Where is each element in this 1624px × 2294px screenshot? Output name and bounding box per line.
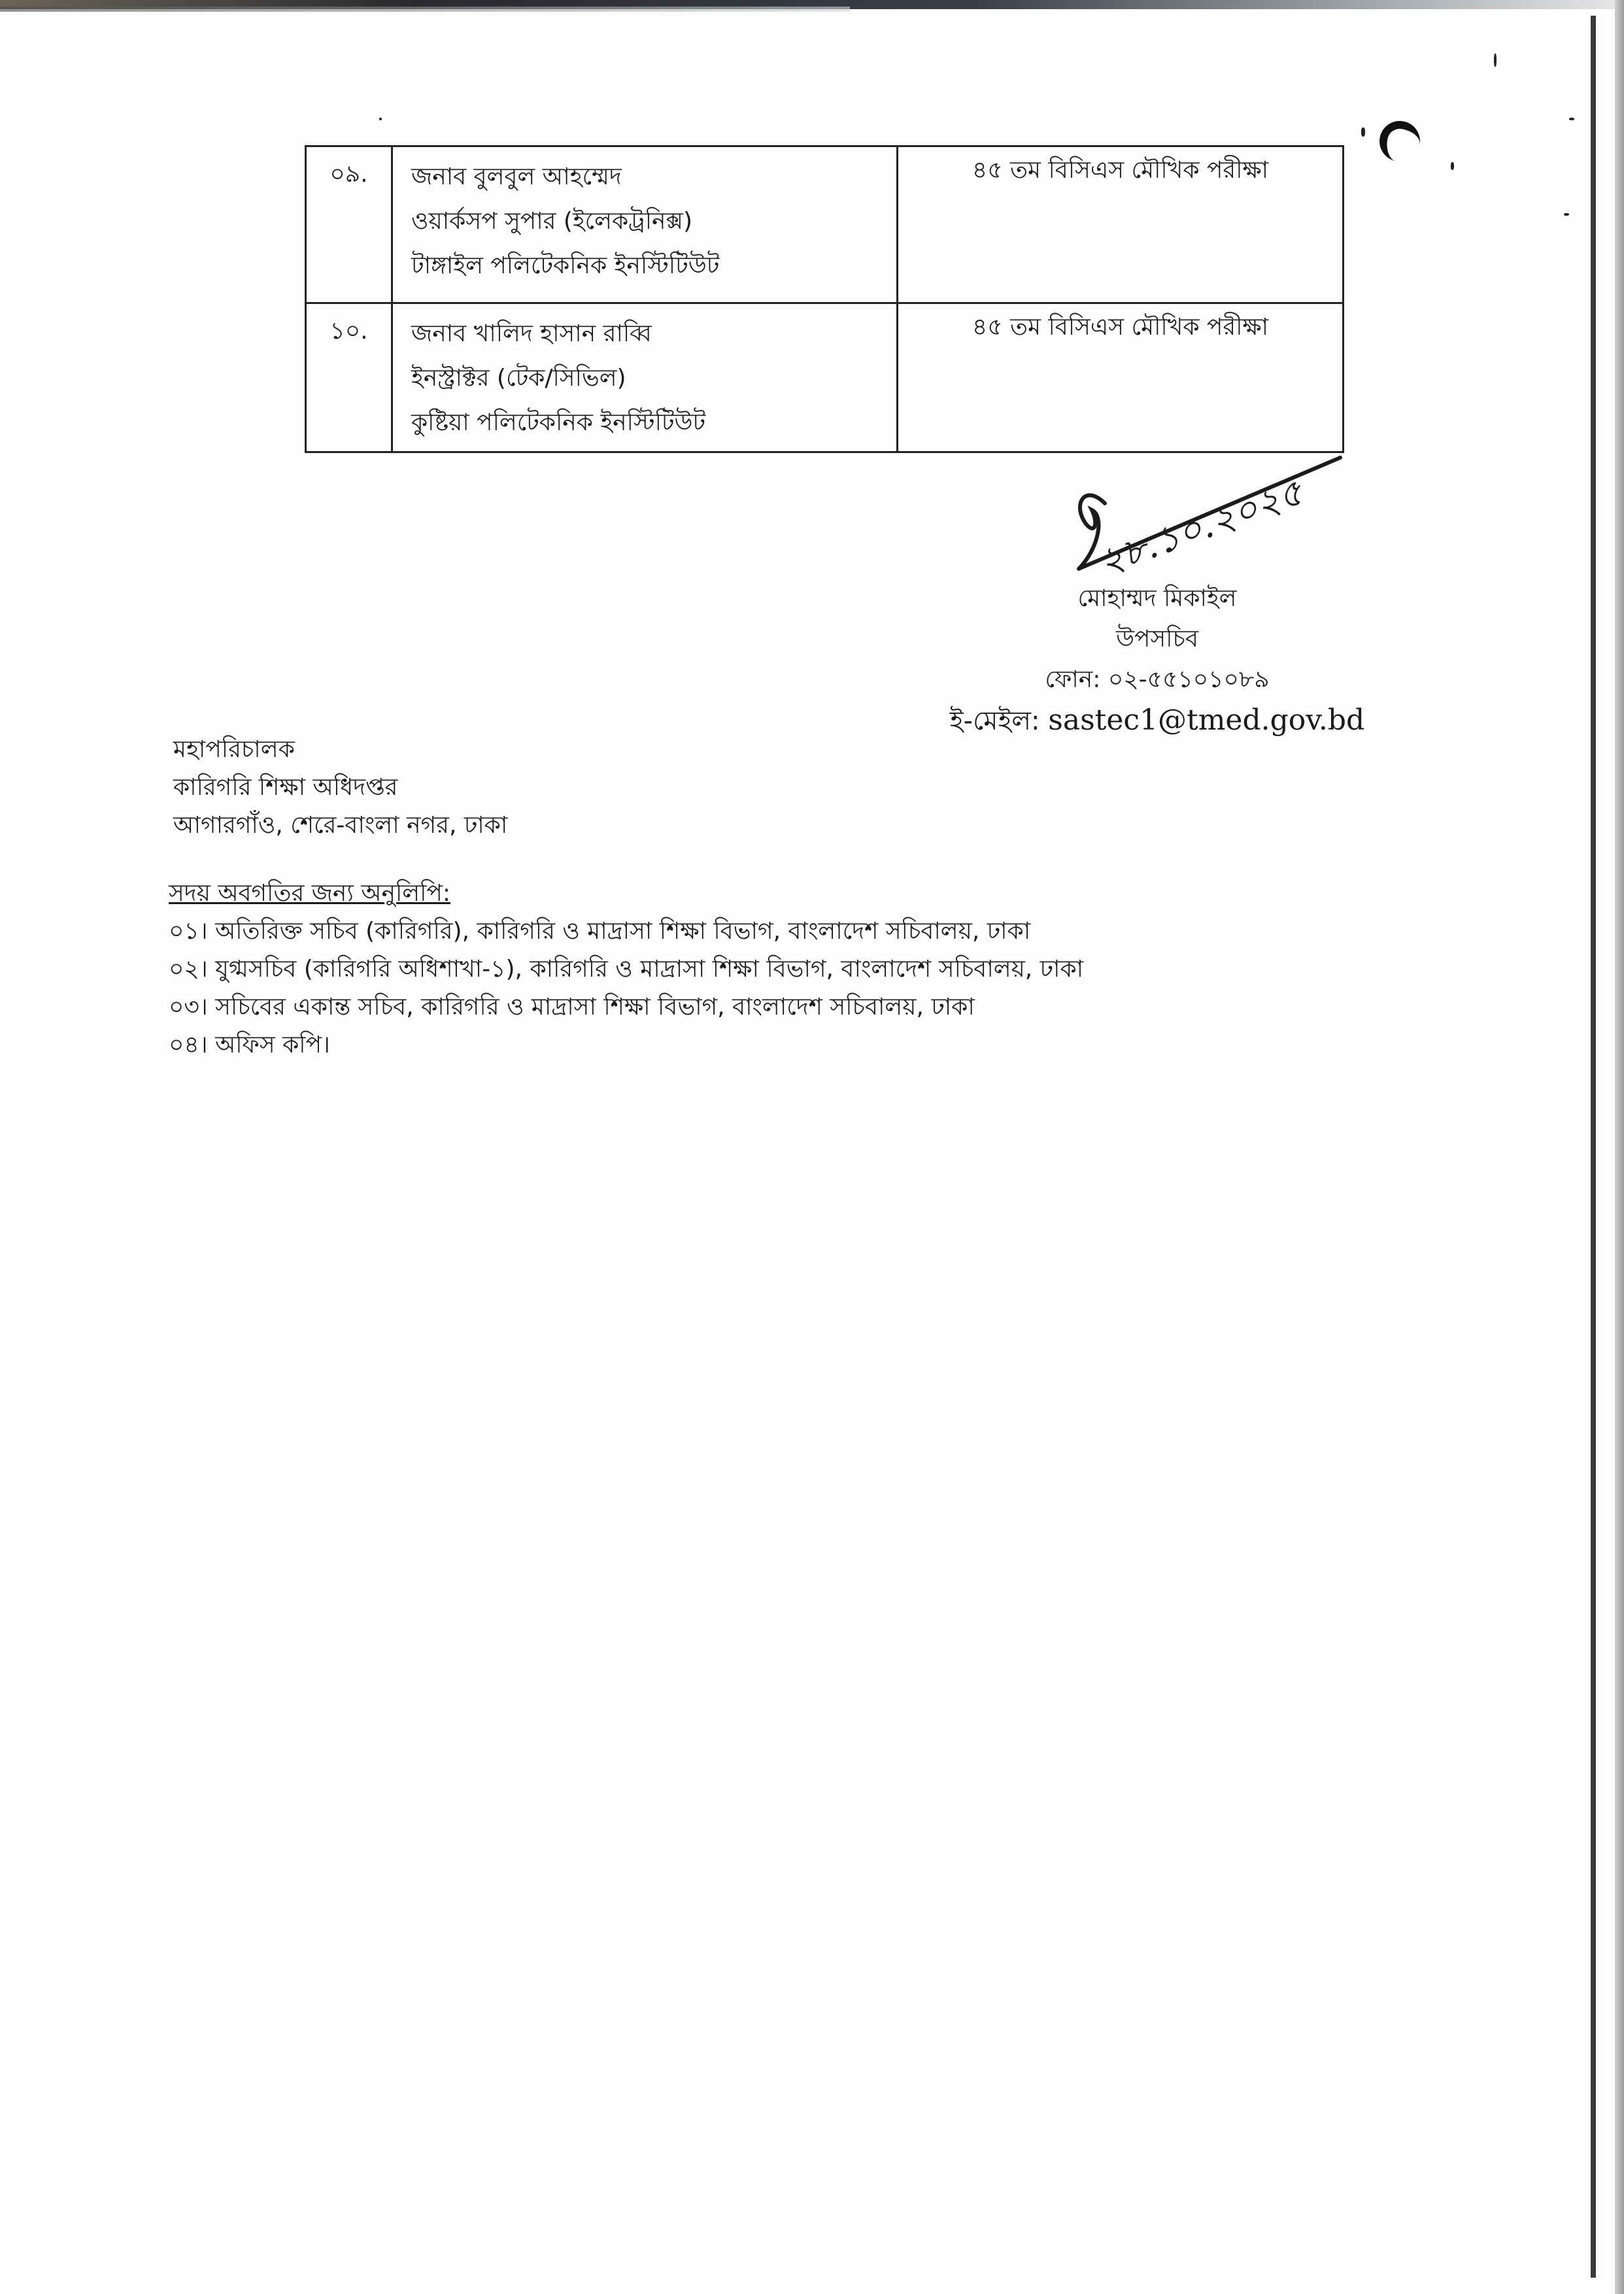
signatory-designation: উপসচিব xyxy=(941,619,1373,660)
addressee-block: মহাপরিচালক কারিগরি শিক্ষা অধিদপ্তর আগারগ… xyxy=(173,731,507,845)
serial-cell: ০৯. xyxy=(306,146,392,303)
scan-speck xyxy=(1361,127,1365,137)
signature-date: ২৮.১০.২০২৫ xyxy=(1094,471,1310,584)
officer-designation: ওয়ার্কসপ সুপার (ইলেকট্রনিক্স) xyxy=(411,199,896,244)
officer-designation: ইনস্ট্রাক্টর (টেক/সিভিল) xyxy=(411,356,896,401)
signatory-name: মোহাম্মদ মিকাইল xyxy=(941,579,1373,619)
copy-to-item: ০২। যুগ্মসচিব (কারিগরি অধিশাখা-১), কারিগ… xyxy=(169,951,1083,988)
officer-name: জনাব খালিদ হাসান রাব্বি xyxy=(411,312,896,356)
addressee-line: মহাপরিচালক xyxy=(173,731,507,769)
signatory-email: ই-মেইল: sastec1@tmed.gov.bd xyxy=(941,700,1373,741)
email-label: ই-মেইল: xyxy=(950,706,1040,736)
scan-speck xyxy=(379,118,382,120)
phone-number: ০২-৫৫১০১০৮৯ xyxy=(1108,666,1270,693)
purpose-cell: ৪৫ তম বিসিএস মৌখিক পরীক্ষা xyxy=(898,146,1344,303)
copy-to-title: সদয় অবগতির জন্য অনুলিপি: xyxy=(169,875,1083,913)
purpose-cell: ৪৫ তম বিসিএস মৌখিক পরীক্ষা xyxy=(898,303,1344,452)
officer-institute: কুষ্টিয়া পলিটেকনিক ইনস্টিটিউট xyxy=(411,401,896,445)
handwritten-signature: ২৮.১০.২০২৫ xyxy=(1059,445,1360,588)
table-row: ০৯. জনাব বুলবুল আহম্মেদ ওয়ার্কসপ সুপার … xyxy=(306,146,1344,303)
copy-to-item: ০৩। সচিবের একান্ত সচিব, কারিগরি ও মাদ্রা… xyxy=(169,988,1083,1026)
copy-to-block: সদয় অবগতির জন্য অনুলিপি: ০১। অতিরিক্ত স… xyxy=(169,875,1083,1064)
scan-speck xyxy=(1451,162,1454,170)
serial-cell: ১০. xyxy=(306,303,392,452)
copy-to-item: ০১। অতিরিক্ত সচিব (কারিগরি), কারিগরি ও ম… xyxy=(169,913,1083,951)
officer-institute: টাঙ্গাইল পলিটেকনিক ইনস্টিটিউট xyxy=(411,244,896,288)
scan-speck xyxy=(1494,54,1497,67)
scan-right-border xyxy=(1591,16,1596,2278)
scan-speck xyxy=(1569,118,1574,120)
officer-cell: জনাব বুলবুল আহম্মেদ ওয়ার্কসপ সুপার (ইলে… xyxy=(392,146,898,303)
signature-stroke-icon: ২৮.১০.২০২৫ xyxy=(1059,445,1360,588)
scan-right-shadow xyxy=(1615,0,1624,2294)
scan-ink-mark xyxy=(1376,118,1423,165)
officer-table: ০৯. জনাব বুলবুল আহম্মেদ ওয়ার্কসপ সুপার … xyxy=(305,145,1344,453)
signatory-phone: ফোন: ০২-৫৫১০১০৮৯ xyxy=(941,660,1373,700)
table-row: ১০. জনাব খালিদ হাসান রাব্বি ইনস্ট্রাক্টর… xyxy=(306,303,1344,452)
scan-speck xyxy=(1564,213,1569,216)
addressee-line: কারিগরি শিক্ষা অধিদপ্তর xyxy=(173,769,507,807)
officer-name: জনাব বুলবুল আহম্মেদ xyxy=(411,155,896,199)
signatory-block: মোহাম্মদ মিকাইল উপসচিব ফোন: ০২-৫৫১০১০৮৯ … xyxy=(941,579,1373,741)
phone-label: ফোন: xyxy=(1045,666,1100,693)
email-address: sastec1@tmed.gov.bd xyxy=(1048,703,1364,737)
scan-top-shadow xyxy=(0,7,850,12)
copy-to-item: ০৪। অফিস কপি। xyxy=(169,1026,1083,1064)
addressee-line: আগারগাঁও, শেরে-বাংলা নগর, ঢাকা xyxy=(173,807,507,845)
officer-cell: জনাব খালিদ হাসান রাব্বি ইনস্ট্রাক্টর (টে… xyxy=(392,303,898,452)
